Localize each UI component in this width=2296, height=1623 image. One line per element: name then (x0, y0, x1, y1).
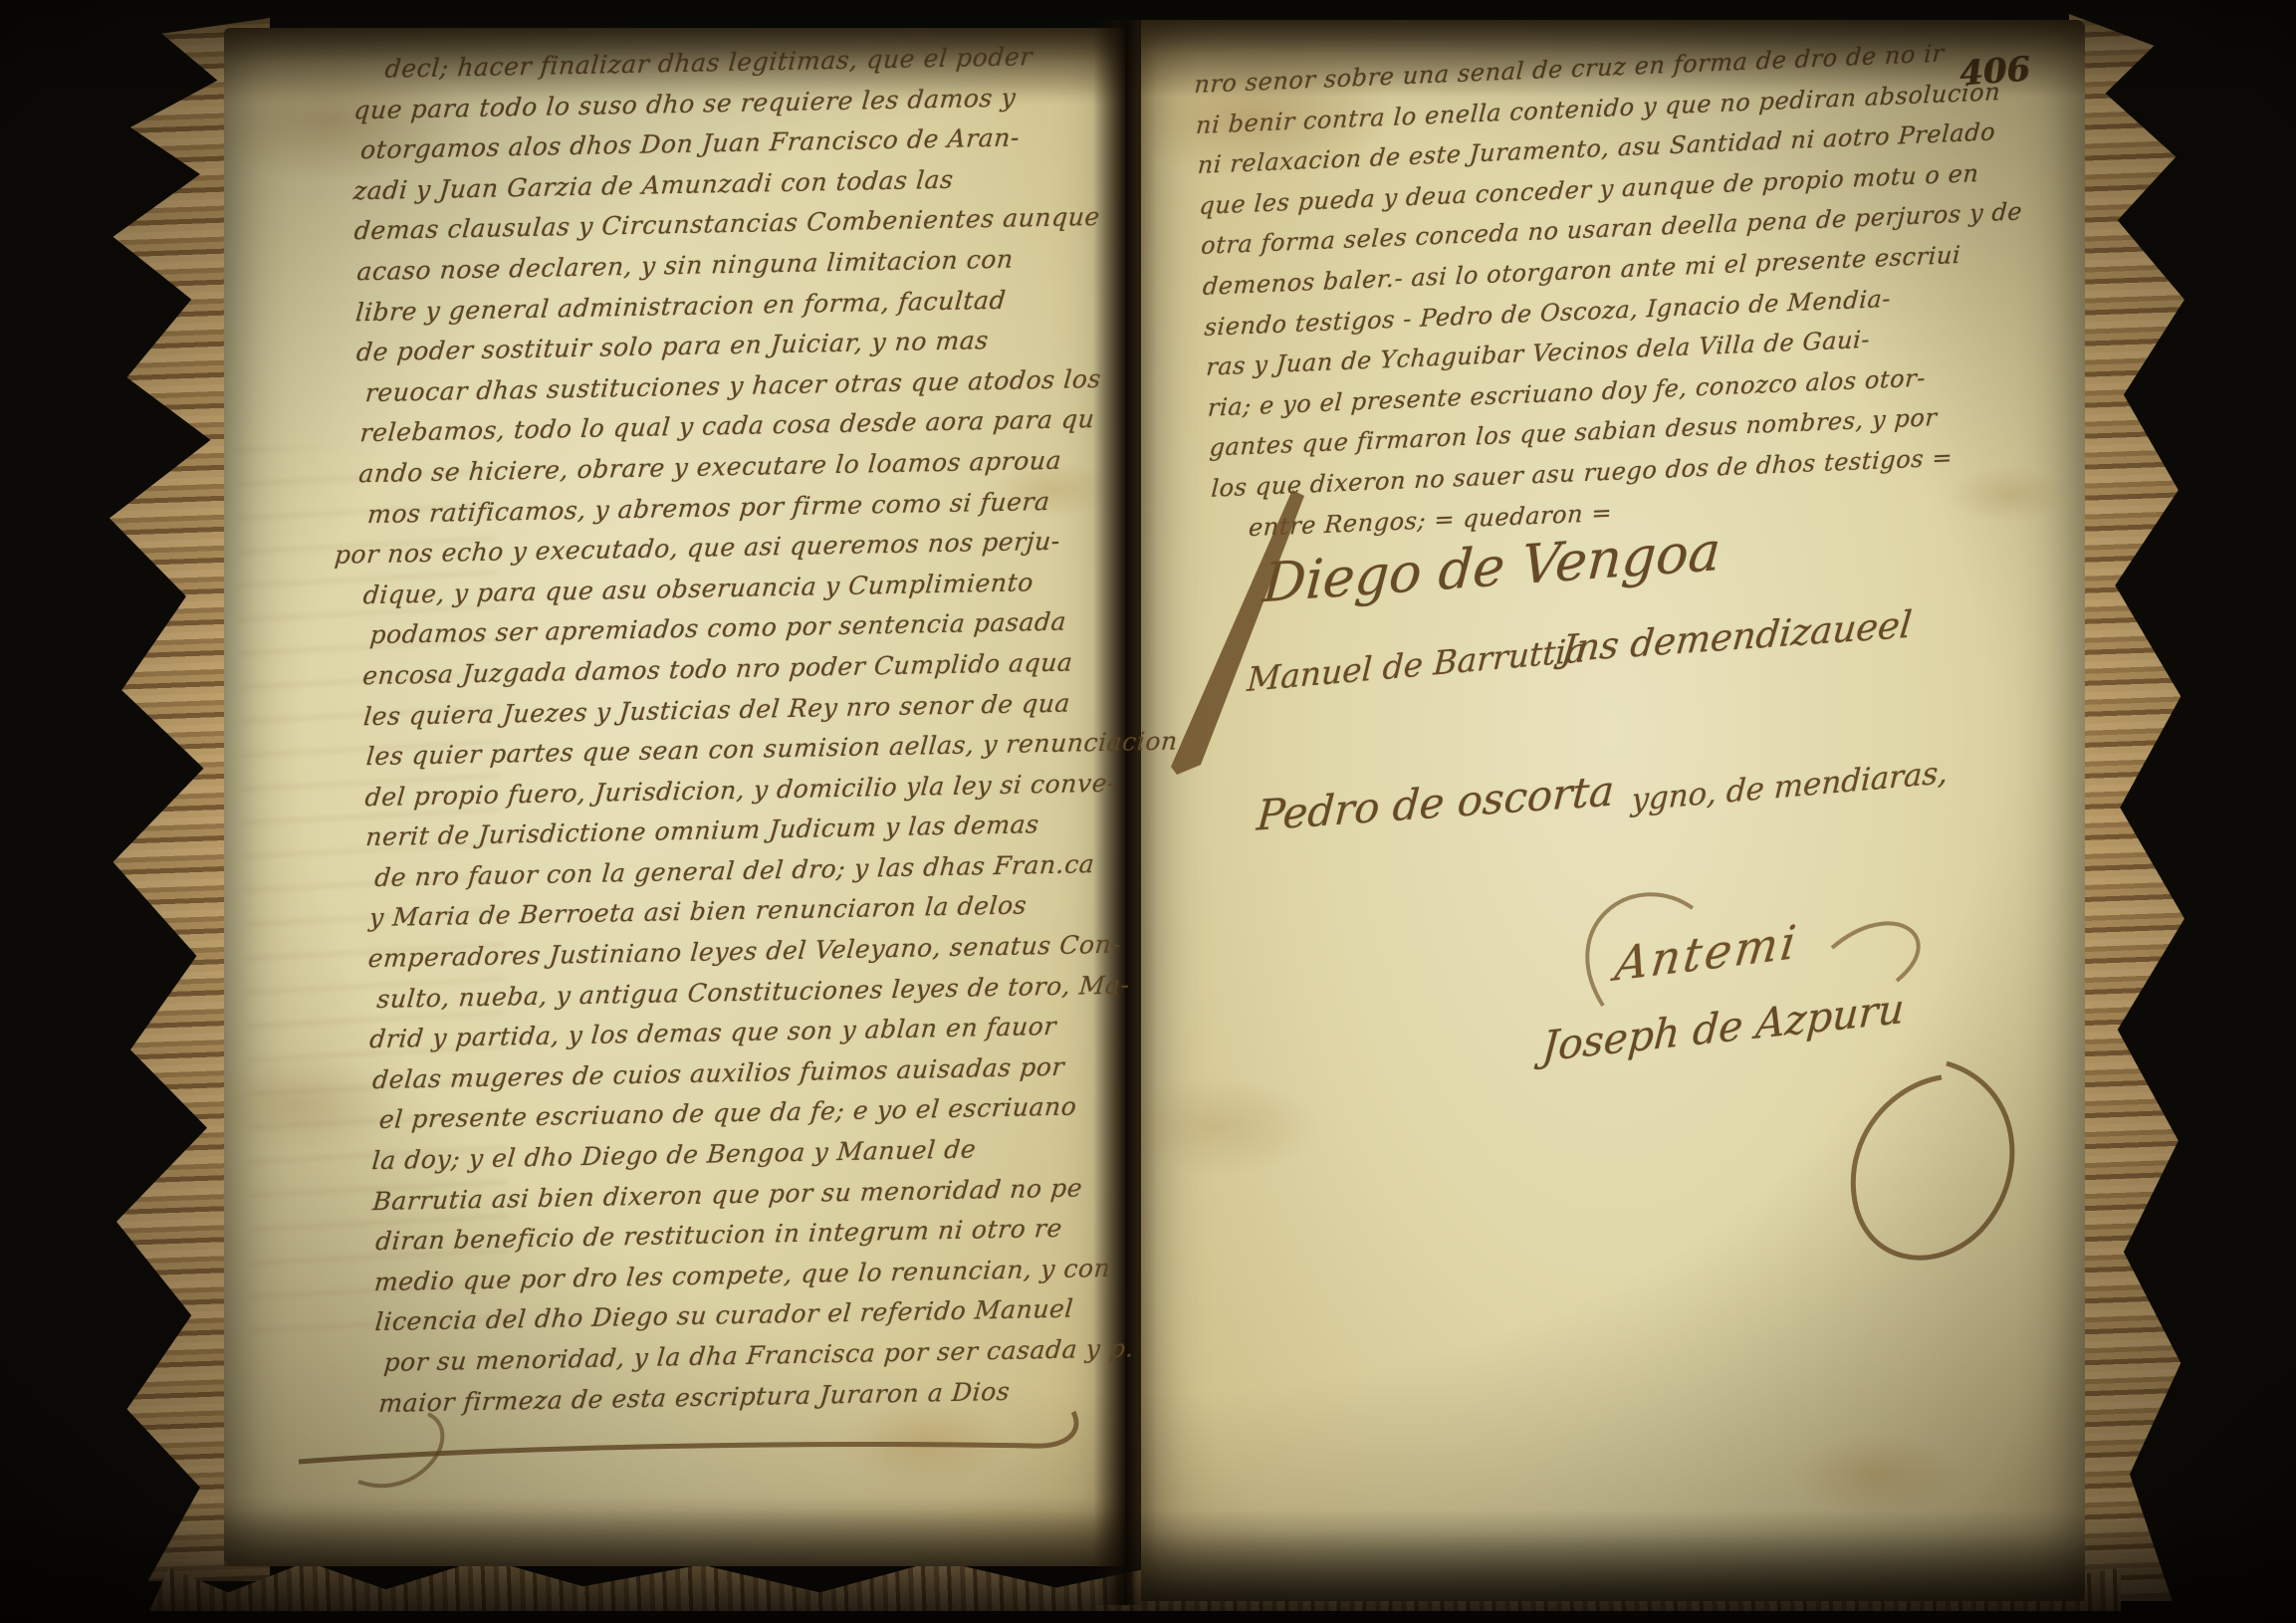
manuscript-photo: 406 decl; hacer finalizar dhas legitimas… (0, 0, 2296, 1623)
left-page-text: decl; hacer finalizar dhas legitimas, qu… (350, 41, 1123, 1429)
right-page-text: nro senor sobre una senal de cruz en for… (1193, 33, 2109, 555)
